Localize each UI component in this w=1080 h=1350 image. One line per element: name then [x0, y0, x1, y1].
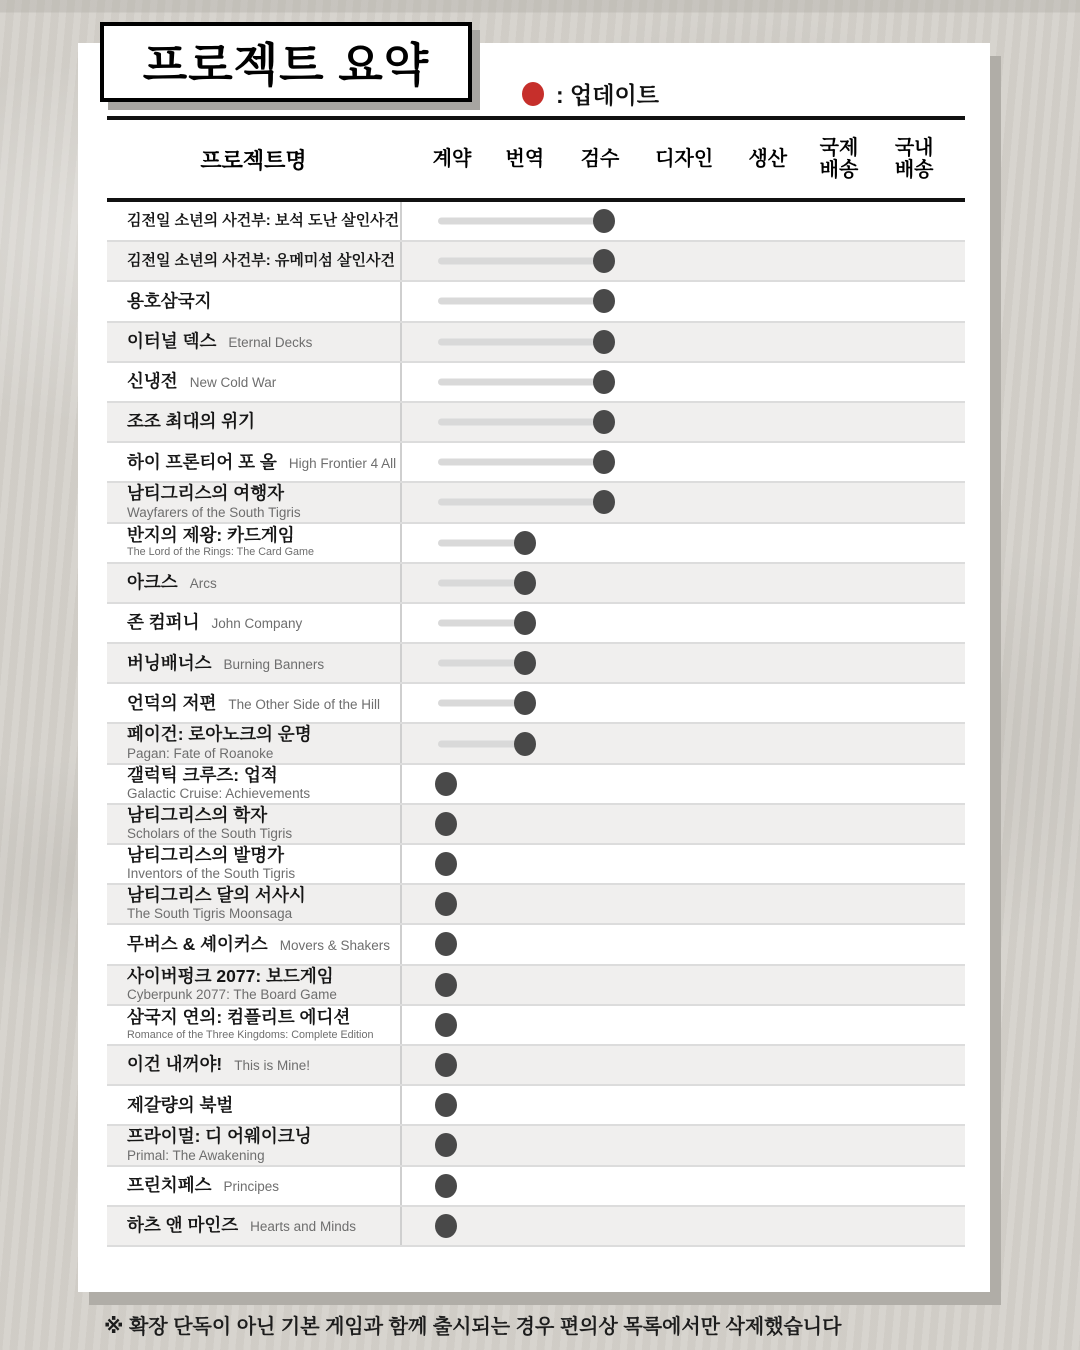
project-name-ko: 이건 내꺼야!: [127, 1055, 222, 1074]
project-name-ko: 무버스 & 셰이커스: [127, 935, 268, 954]
progress-dot: [514, 531, 536, 555]
project-name-cell: 존 컴퍼니John Company: [107, 604, 400, 642]
table-row: 반지의 제왕: 카드게임The Lord of the Rings: The C…: [107, 524, 965, 564]
project-name-cell: 이건 내꺼야!This is Mine!: [107, 1046, 400, 1084]
project-name-en: Primal: The Awakening: [127, 1149, 396, 1164]
progress-dot: [514, 611, 536, 635]
progress-cell: [400, 604, 965, 642]
project-name-en: John Company: [211, 617, 302, 632]
progress-cell: [400, 805, 965, 843]
project-rows: 김전일 소년의 사건부: 보석 도난 살인사건김전일 소년의 사건부: 유메미섬…: [107, 202, 965, 1247]
table-row: 김전일 소년의 사건부: 유메미섬 살인사건: [107, 242, 965, 282]
project-name-cell: 페이건: 로아노크의 운명Pagan: Fate of Roanoke: [107, 724, 400, 762]
project-name-ko: 조조 최대의 위기: [127, 412, 255, 431]
project-name-en: Romance of the Three Kingdoms: Complete …: [127, 1030, 396, 1042]
table-row: 남티그리스의 발명가Inventors of the South Tigris: [107, 845, 965, 885]
project-name-cell: 프린치페스Principes: [107, 1167, 400, 1205]
project-name-ko: 용호삼국지: [127, 292, 212, 311]
progress-bar: [438, 298, 604, 305]
progress-dot: [593, 410, 615, 434]
table-row: 아크스Arcs: [107, 564, 965, 604]
legend-update-dot-icon: [522, 82, 544, 106]
project-name-cell: 남티그리스의 학자Scholars of the South Tigris: [107, 805, 400, 843]
progress-cell: [400, 282, 965, 320]
page-title-box: 프로젝트 요약: [100, 22, 472, 102]
project-name-cell: 조조 최대의 위기: [107, 403, 400, 441]
stage-headers: 계약 번역 검수 디자인 생산 국제배송 국내배송: [400, 120, 965, 198]
progress-cell: [400, 363, 965, 401]
column-header-production: 생산: [748, 120, 787, 198]
project-name-en: Wayfarers of the South Tigris: [127, 506, 396, 521]
project-name-cell: 김전일 소년의 사건부: 보석 도난 살인사건: [107, 202, 400, 240]
project-name-ko: 하이 프론티어 포 올: [127, 453, 277, 472]
table-row: 하츠 앤 마인즈Hearts and Minds: [107, 1207, 965, 1247]
progress-bar: [438, 499, 604, 506]
project-name-cell: 남티그리스의 여행자Wayfarers of the South Tigris: [107, 483, 400, 521]
table-row: 프린치페스Principes: [107, 1167, 965, 1207]
table-row: 제갈량의 북벌: [107, 1086, 965, 1126]
column-header-review: 검수: [581, 120, 620, 198]
project-name-cell: 신냉전New Cold War: [107, 363, 400, 401]
project-name-ko: 존 컴퍼니: [127, 613, 199, 632]
project-name-cell: 사이버펑크 2077: 보드게임Cyberpunk 2077: The Boar…: [107, 966, 400, 1004]
progress-dot: [435, 852, 457, 876]
progress-cell: [400, 443, 965, 481]
progress-bar: [438, 419, 604, 426]
progress-dot: [593, 330, 615, 354]
project-name-cell: 용호삼국지: [107, 282, 400, 320]
progress-dot: [593, 450, 615, 474]
project-name-en: Scholars of the South Tigris: [127, 827, 396, 842]
project-name-cell: 프라이멀: 디 어웨이크닝Primal: The Awakening: [107, 1126, 400, 1164]
progress-bar: [438, 338, 604, 345]
progress-bar: [438, 378, 604, 385]
progress-dot: [514, 571, 536, 595]
summary-card: 프로젝트명 계약 번역 검수 디자인 생산 국제배송 국내배송 김전일 소년의 …: [78, 43, 990, 1292]
footnote: ※ 확장 단독이 아닌 기본 게임과 함께 출시되는 경우 편의상 목록에서만 …: [104, 1310, 841, 1339]
project-name-ko: 김전일 소년의 사건부: 보석 도난 살인사건: [127, 213, 399, 230]
project-name-ko: 페이건: 로아노크의 운명: [127, 725, 312, 744]
table-row: 신냉전New Cold War: [107, 363, 965, 403]
project-name-ko: 제갈량의 북벌: [127, 1096, 233, 1115]
table-row: 김전일 소년의 사건부: 보석 도난 살인사건: [107, 202, 965, 242]
progress-dot: [593, 370, 615, 394]
project-name-en: Eternal Decks: [228, 336, 312, 351]
project-name-ko: 신냉전: [127, 372, 178, 391]
summary-content: 프로젝트명 계약 번역 검수 디자인 생산 국제배송 국내배송 김전일 소년의 …: [107, 43, 965, 1292]
project-name-en: Movers & Shakers: [280, 939, 390, 954]
progress-dot: [435, 1133, 457, 1157]
table-row: 프라이멀: 디 어웨이크닝Primal: The Awakening: [107, 1126, 965, 1166]
progress-dot: [593, 209, 615, 233]
table-row: 언덕의 저편The Other Side of the Hill: [107, 684, 965, 724]
table-row: 남티그리스 달의 서사시The South Tigris Moonsaga: [107, 885, 965, 925]
project-name-en: Hearts and Minds: [250, 1220, 356, 1235]
progress-cell: [400, 966, 965, 1004]
project-name-ko: 반지의 제왕: 카드게임: [127, 526, 295, 545]
table-row: 용호삼국지: [107, 282, 965, 322]
table-row: 남티그리스의 여행자Wayfarers of the South Tigris: [107, 483, 965, 523]
progress-dot: [435, 1013, 457, 1037]
project-name-en: The South Tigris Moonsaga: [127, 907, 396, 922]
progress-bar: [438, 700, 525, 707]
progress-cell: [400, 1126, 965, 1164]
progress-cell: [400, 1167, 965, 1205]
progress-bar: [438, 579, 525, 586]
project-name-cell: 남티그리스의 발명가Inventors of the South Tigris: [107, 845, 400, 883]
progress-cell: [400, 564, 965, 602]
project-name-ko: 아크스: [127, 573, 178, 592]
progress-cell: [400, 323, 965, 361]
column-header-translation: 번역: [506, 120, 545, 198]
progress-cell: [400, 885, 965, 923]
project-name-cell: 갤럭틱 크루즈: 업적Galactic Cruise: Achievements: [107, 765, 400, 803]
project-name-cell: 무버스 & 셰이커스Movers & Shakers: [107, 925, 400, 963]
progress-dot: [514, 691, 536, 715]
progress-dot: [593, 289, 615, 313]
project-name-ko: 남티그리스의 학자: [127, 806, 267, 825]
project-name-en: Inventors of the South Tigris: [127, 867, 396, 882]
project-name-en: Arcs: [190, 577, 217, 592]
progress-dot: [435, 1214, 457, 1238]
project-name-ko: 삼국지 연의: 컴플리트 에디션: [127, 1008, 350, 1027]
progress-bar: [438, 660, 525, 667]
project-name-ko: 버닝배너스: [127, 654, 212, 673]
project-name-ko: 언덕의 저편: [127, 694, 216, 713]
project-name-en: Pagan: Fate of Roanoke: [127, 747, 396, 762]
progress-bar: [438, 459, 604, 466]
project-name-en: High Frontier 4 All: [289, 457, 396, 472]
progress-dot: [435, 973, 457, 997]
progress-cell: [400, 925, 965, 963]
progress-dot: [514, 651, 536, 675]
project-name-cell: 삼국지 연의: 컴플리트 에디션Romance of the Three Kin…: [107, 1006, 400, 1044]
project-name-cell: 김전일 소년의 사건부: 유메미섬 살인사건: [107, 242, 400, 280]
project-name-en: Principes: [224, 1180, 280, 1195]
progress-dot: [514, 732, 536, 756]
legend-label: : 업데이트: [556, 77, 659, 110]
progress-cell: [400, 1207, 965, 1245]
project-name-ko: 하츠 앤 마인즈: [127, 1216, 238, 1235]
progress-cell: [400, 1006, 965, 1044]
table-row: 남티그리스의 학자Scholars of the South Tigris: [107, 805, 965, 845]
project-name-en: Burning Banners: [224, 658, 325, 673]
project-name-en: The Other Side of the Hill: [228, 698, 380, 713]
project-name-ko: 사이버펑크 2077: 보드게임: [127, 967, 334, 986]
project-name-cell: 하츠 앤 마인즈Hearts and Minds: [107, 1207, 400, 1245]
project-name-en: New Cold War: [190, 376, 277, 391]
project-name-ko: 프라이멀: 디 어웨이크닝: [127, 1127, 312, 1146]
progress-dot: [435, 1053, 457, 1077]
legend: : 업데이트: [522, 77, 659, 110]
progress-cell: [400, 1086, 965, 1124]
column-header-project-name: 프로젝트명: [107, 120, 400, 198]
project-name-ko: 갤럭틱 크루즈: 업적: [127, 766, 278, 785]
progress-dot: [435, 772, 457, 796]
progress-cell: [400, 644, 965, 682]
table-row: 이건 내꺼야!This is Mine!: [107, 1046, 965, 1086]
project-name-ko: 김전일 소년의 사건부: 유메미섬 살인사건: [127, 253, 395, 270]
progress-cell: [400, 724, 965, 762]
progress-dot: [593, 490, 615, 514]
project-name-en: Galactic Cruise: Achievements: [127, 787, 396, 802]
project-name-en: This is Mine!: [234, 1059, 310, 1074]
page-title: 프로젝트 요약: [143, 29, 429, 95]
progress-cell: [400, 202, 965, 240]
progress-bar: [438, 218, 604, 225]
progress-cell: [400, 765, 965, 803]
project-name-ko: 남티그리스의 발명가: [127, 846, 284, 865]
table-row: 버닝배너스Burning Banners: [107, 644, 965, 684]
progress-dot: [593, 249, 615, 273]
table-row: 페이건: 로아노크의 운명Pagan: Fate of Roanoke: [107, 724, 965, 764]
progress-dot: [435, 1174, 457, 1198]
project-name-ko: 프린치페스: [127, 1176, 212, 1195]
project-name-cell: 반지의 제왕: 카드게임The Lord of the Rings: The C…: [107, 524, 400, 562]
table-header-row: 프로젝트명 계약 번역 검수 디자인 생산 국제배송 국내배송: [107, 120, 965, 198]
column-header-design: 디자인: [655, 120, 713, 198]
table-row: 사이버펑크 2077: 보드게임Cyberpunk 2077: The Boar…: [107, 966, 965, 1006]
project-name-en: Cyberpunk 2077: The Board Game: [127, 988, 396, 1003]
table-row: 무버스 & 셰이커스Movers & Shakers: [107, 925, 965, 965]
project-name-cell: 제갈량의 북벌: [107, 1086, 400, 1124]
table-row: 조조 최대의 위기: [107, 403, 965, 443]
table-row: 하이 프론티어 포 올High Frontier 4 All: [107, 443, 965, 483]
project-name-cell: 남티그리스 달의 서사시The South Tigris Moonsaga: [107, 885, 400, 923]
progress-cell: [400, 403, 965, 441]
project-name-cell: 언덕의 저편The Other Side of the Hill: [107, 684, 400, 722]
progress-cell: [400, 242, 965, 280]
progress-dot: [435, 1093, 457, 1117]
table-row: 존 컴퍼니John Company: [107, 604, 965, 644]
column-header-domestic-shipping: 국내배송: [895, 120, 934, 198]
table-row: 갤럭틱 크루즈: 업적Galactic Cruise: Achievements: [107, 765, 965, 805]
project-name-en: The Lord of the Rings: The Card Game: [127, 547, 396, 559]
column-header-contract: 계약: [433, 120, 472, 198]
progress-dot: [435, 892, 457, 916]
table-row: 삼국지 연의: 컴플리트 에디션Romance of the Three Kin…: [107, 1006, 965, 1046]
project-name-ko: 남티그리스 달의 서사시: [127, 886, 306, 905]
column-header-intl-shipping: 국제배송: [820, 120, 859, 198]
progress-bar: [438, 258, 604, 265]
project-name-cell: 하이 프론티어 포 올High Frontier 4 All: [107, 443, 400, 481]
progress-bar: [438, 619, 525, 626]
progress-dot: [435, 812, 457, 836]
progress-cell: [400, 524, 965, 562]
project-name-cell: 버닝배너스Burning Banners: [107, 644, 400, 682]
project-name-ko: 이터널 덱스: [127, 332, 216, 351]
progress-bar: [438, 740, 525, 747]
project-name-cell: 아크스Arcs: [107, 564, 400, 602]
progress-cell: [400, 483, 965, 521]
progress-cell: [400, 684, 965, 722]
project-name-ko: 남티그리스의 여행자: [127, 484, 284, 503]
progress-cell: [400, 845, 965, 883]
progress-cell: [400, 1046, 965, 1084]
progress-dot: [435, 932, 457, 956]
project-name-cell: 이터널 덱스Eternal Decks: [107, 323, 400, 361]
table-row: 이터널 덱스Eternal Decks: [107, 323, 965, 363]
progress-bar: [438, 539, 525, 546]
